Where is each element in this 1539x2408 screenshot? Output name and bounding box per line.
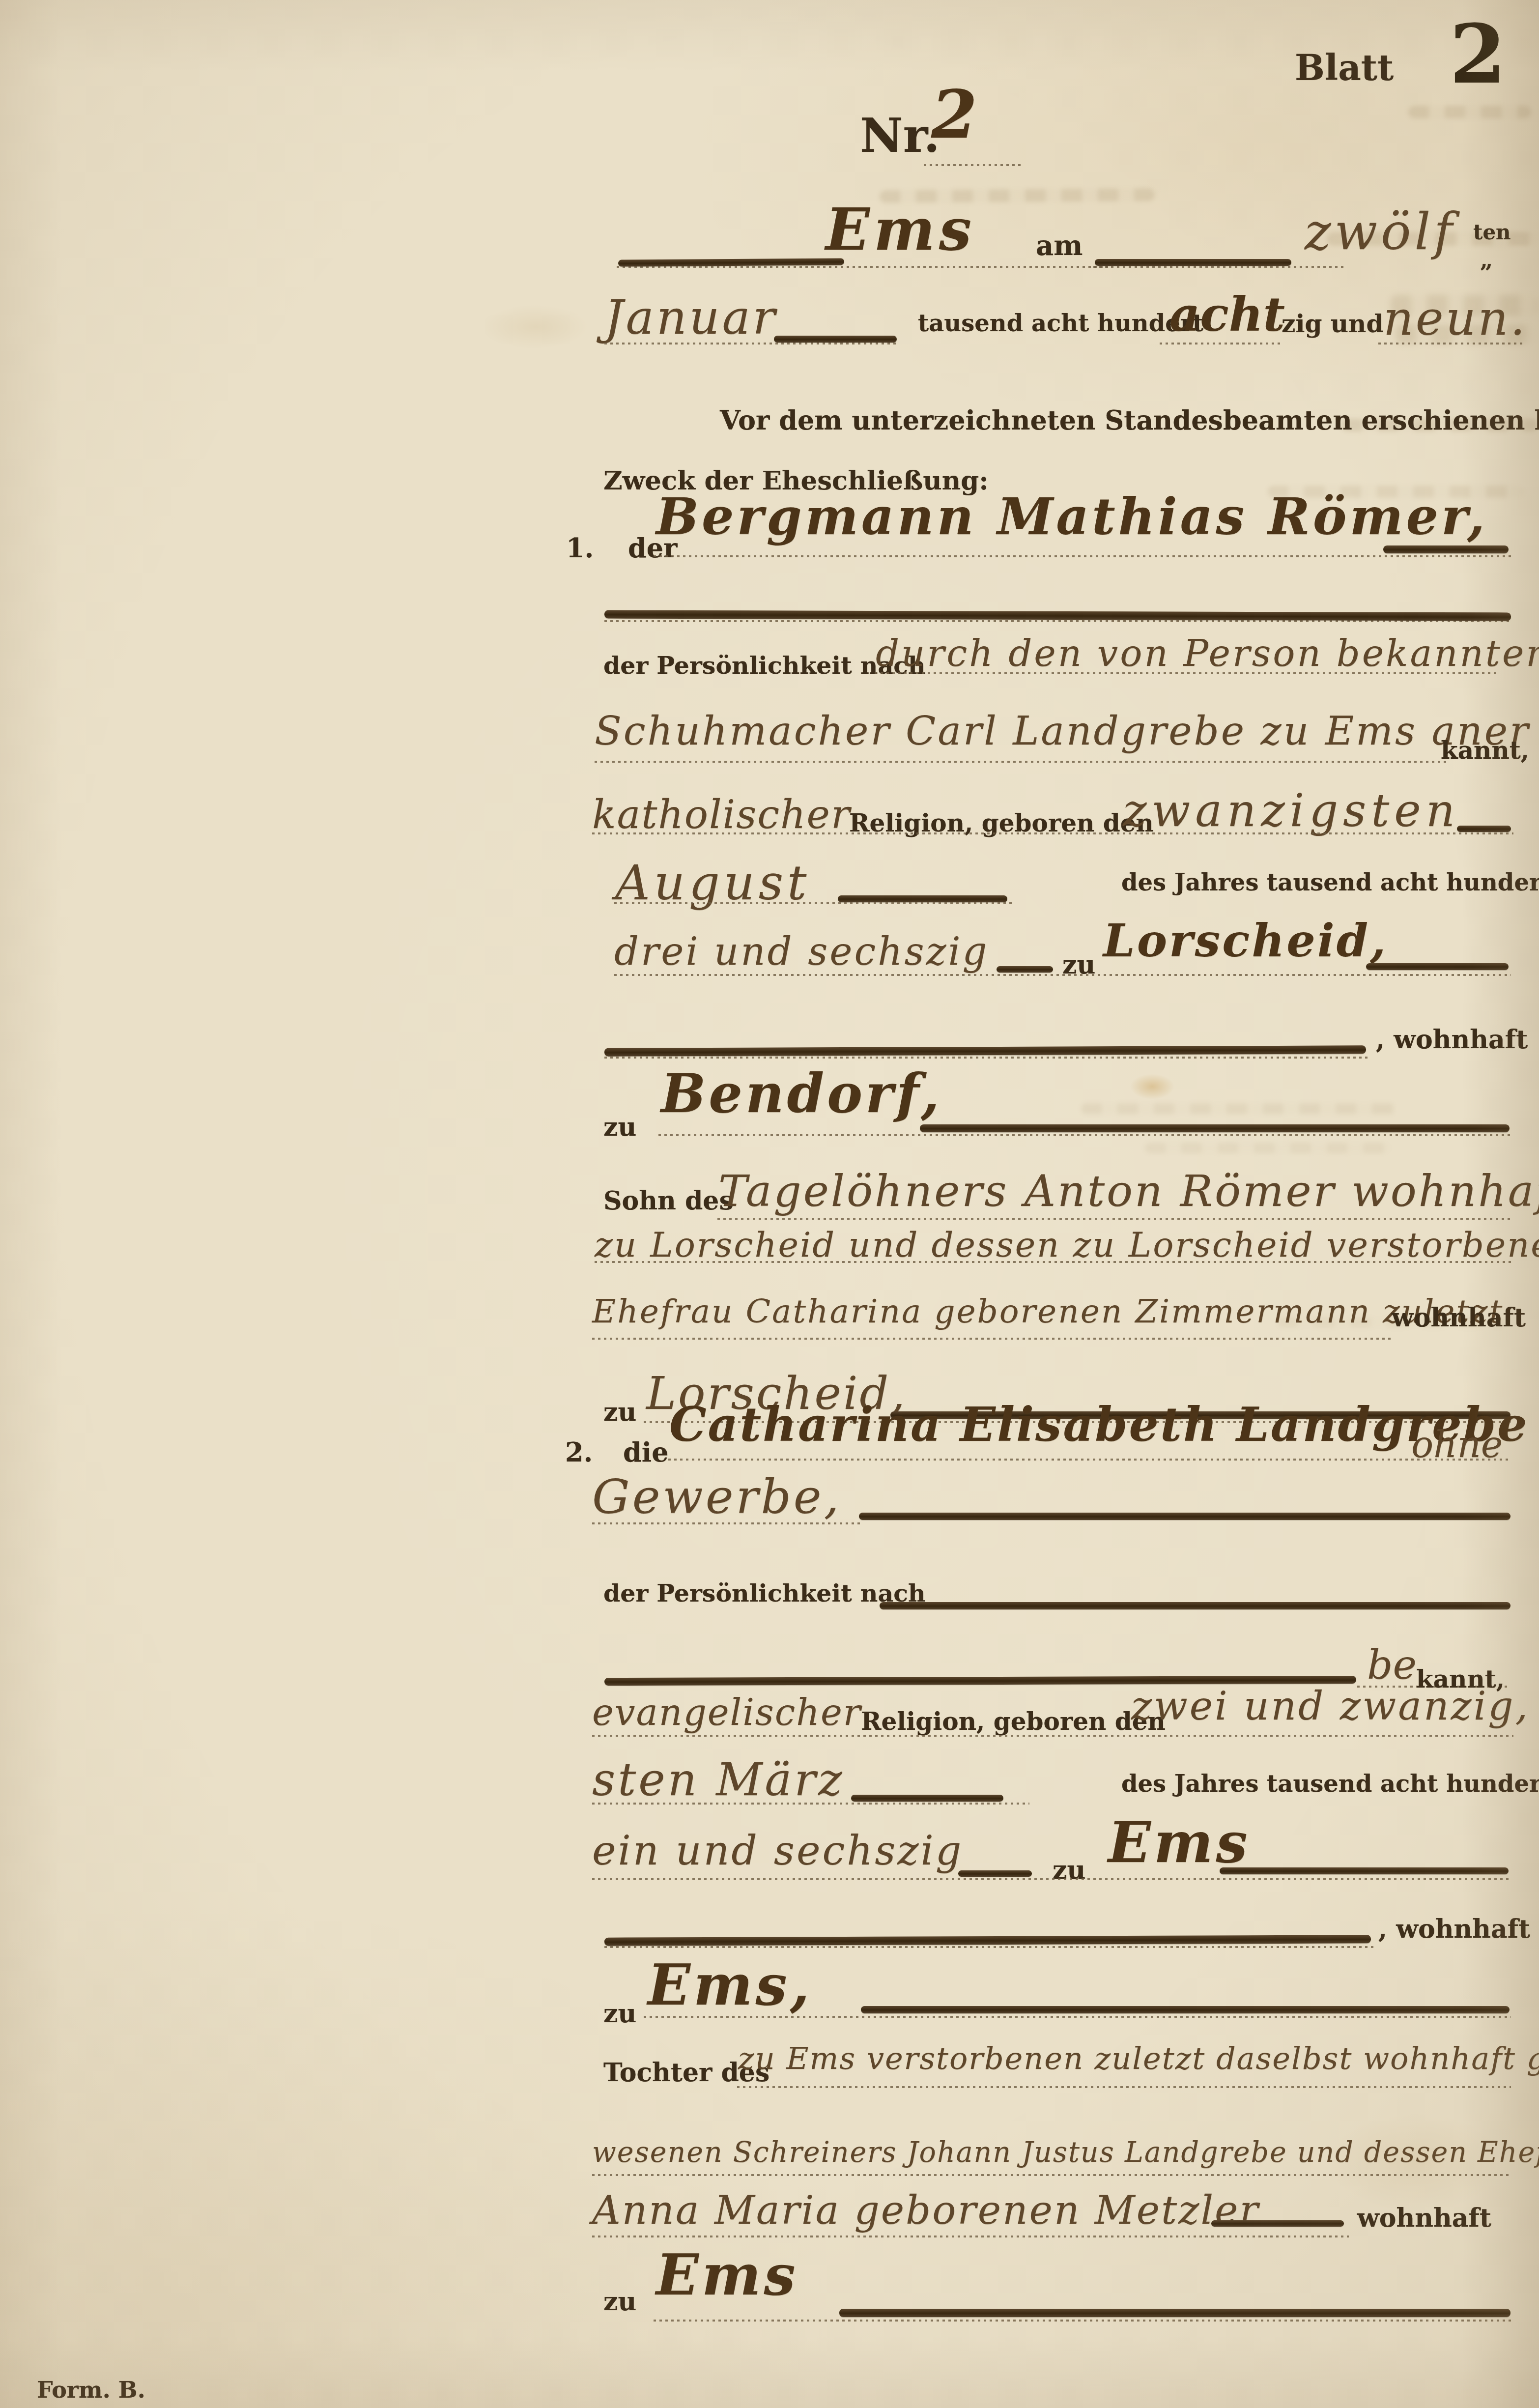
form-type-label: Form. B. xyxy=(37,2379,145,2401)
ink-stroke xyxy=(1366,963,1509,970)
bride-residence-entry: Ems, xyxy=(648,1957,812,2013)
record-number-value: 2 xyxy=(931,81,977,147)
intro-line-1: Vor dem unterzeichneten Standesbeamten e… xyxy=(720,407,1539,433)
dotted-rule xyxy=(592,1338,1393,1340)
dotted-rule xyxy=(668,1459,1510,1461)
groom-name-entry: Bergmann Mathias Römer, xyxy=(656,491,1488,542)
ink-stroke xyxy=(920,1124,1510,1132)
bride-index: 2. xyxy=(565,1439,593,1465)
bride-name-entry: Catharina Elisabeth Landgrebe xyxy=(669,1402,1529,1448)
year-label: des Jahres tausend acht hundert xyxy=(1121,1772,1539,1796)
dotted-rule xyxy=(654,2320,1511,2322)
dotted-rule xyxy=(658,1134,1511,1136)
groom-identity-entry-1: durch den von Person bekannten xyxy=(876,635,1539,672)
form-label-zig-und: zig und xyxy=(1282,312,1383,336)
dotted-rule xyxy=(617,266,1108,268)
wohnhaft-label: wohnhaft xyxy=(1392,1305,1526,1331)
dotted-rule xyxy=(595,1261,1511,1263)
religion-label: Religion, geboren den xyxy=(849,811,1154,835)
entry-place: Ems xyxy=(826,201,975,258)
bride-name-entry-3: Gewerbe, xyxy=(592,1473,841,1520)
sheet-number: 2 xyxy=(1450,14,1506,95)
ink-stroke xyxy=(851,1795,1003,1802)
dotted-rule xyxy=(595,761,1447,763)
form-label-am: am xyxy=(1036,232,1083,259)
bride-birth-day-entry-2: sten März xyxy=(592,1757,845,1803)
groom-birth-place-entry: Lorscheid, xyxy=(1103,918,1388,963)
groom-identity-entry-2: Schuhmacher Carl Landgrebe zu Ems aner xyxy=(595,712,1530,751)
form-label-zu: zu xyxy=(603,1115,636,1140)
groom-parents-entry-3: Ehefrau Catharina geborenen Zimmermann z… xyxy=(592,1295,1504,1328)
bride-birth-place-entry: Ems xyxy=(1108,1814,1251,1870)
ink-stroke xyxy=(861,2006,1510,2013)
groom-parents-entry-1: Tagelöhners Anton Römer wohnhaft xyxy=(718,1170,1539,1213)
groom-parents-entry-2: zu Lorscheid und dessen zu Lorscheid ver… xyxy=(595,1228,1539,1262)
bleed-through-ghost xyxy=(1408,106,1531,118)
dotted-rule xyxy=(875,672,1499,674)
bride-religion-entry: evangelischer xyxy=(592,1694,861,1731)
ink-stroke xyxy=(880,1602,1510,1609)
dotted-rule xyxy=(1160,343,1282,344)
bride-name-entry-2: ohne xyxy=(1411,1426,1503,1463)
paper-stain xyxy=(1130,1074,1174,1099)
dotted-rule xyxy=(604,1946,1373,1948)
ink-stroke xyxy=(1211,2220,1344,2227)
groom-birth-month-entry: August xyxy=(615,859,810,907)
dotted-rule xyxy=(737,2086,1511,2088)
bride-parents-entry-3: Anna Maria geborenen Metzler xyxy=(592,2191,1260,2230)
entry-month: Januar xyxy=(604,294,778,341)
ink-stroke xyxy=(1383,545,1509,553)
ink-stroke xyxy=(839,2309,1510,2317)
entry-day: zwölf xyxy=(1305,207,1456,258)
groom-religion-entry: katholischer xyxy=(592,795,851,834)
entry-year-tens: acht xyxy=(1169,291,1285,338)
bride-identity-entry: be xyxy=(1367,1645,1417,1686)
bride-last-place-entry: Ems xyxy=(656,2247,798,2303)
dotted-rule xyxy=(592,832,1513,834)
dotted-rule xyxy=(924,164,1022,166)
dotted-rule xyxy=(654,555,1511,557)
ink-stroke xyxy=(1095,259,1291,266)
dotted-rule xyxy=(592,1878,1511,1880)
groom-birth-year-entry: drei und sechszig xyxy=(614,933,989,971)
ink-stroke xyxy=(774,336,897,343)
form-label-zu: zu xyxy=(603,2289,636,2315)
dotted-rule xyxy=(592,2174,1511,2176)
dotted-rule xyxy=(717,1218,1511,1220)
form-label-kannt: kannt, xyxy=(1441,738,1529,763)
bleed-through-ghost xyxy=(1081,1103,1396,1114)
dotted-rule xyxy=(592,2236,1349,2237)
dotted-rule xyxy=(592,1522,860,1524)
wohnhaft-label: , wohnhaft xyxy=(1376,1027,1528,1053)
groom-parents-label: Sohn des xyxy=(603,1188,734,1214)
ink-stroke xyxy=(997,966,1053,973)
groom-birth-day-entry: zwanzigsten xyxy=(1123,788,1460,833)
bride-parents-entry-2: wesenen Schreiners Johann Justus Landgre… xyxy=(592,2139,1539,2167)
form-label-zu: zu xyxy=(603,2001,636,2027)
bride-article: die xyxy=(623,1439,669,1465)
form-label-ten: ten xyxy=(1473,222,1511,243)
ink-stroke xyxy=(604,1045,1366,1056)
record-number-label: Nr. xyxy=(860,112,940,159)
ink-stroke xyxy=(1457,826,1511,832)
form-label-tausend: tausend acht hundert xyxy=(918,312,1203,335)
wohnhaft-label: , wohnhaft xyxy=(1378,1917,1530,1942)
registry-form-page: Blatt 2 Nr. 2 Ems am zwölf ten „ Januar … xyxy=(0,0,1539,2408)
ink-stroke xyxy=(859,1513,1510,1520)
dotted-rule xyxy=(644,2016,1511,2018)
dotted-rule xyxy=(592,1803,1029,1805)
year-label: des Jahres tausend acht hundert xyxy=(1121,871,1539,894)
sheet-label: Blatt xyxy=(1295,50,1394,86)
ditto-mark: „ xyxy=(1480,248,1493,271)
bride-parents-entry-1: zu Ems verstorbenen zuletzt daselbst woh… xyxy=(738,2043,1539,2074)
bleed-through-ghost xyxy=(1145,1143,1391,1153)
ink-stroke xyxy=(1220,1867,1509,1874)
religion-label: Religion, geboren den xyxy=(861,1709,1166,1734)
form-label-zu: zu xyxy=(603,1400,636,1425)
bride-birth-day-entry-1: zwei und zwanzig, xyxy=(1131,1687,1530,1726)
groom-index: 1. xyxy=(566,535,594,561)
groom-residence-entry: Bendorf, xyxy=(661,1067,942,1120)
dotted-rule xyxy=(592,1735,1513,1737)
entry-year-ones: neun. xyxy=(1383,295,1527,342)
dotted-rule xyxy=(1093,266,1344,268)
dotted-rule xyxy=(604,343,899,344)
ink-stroke xyxy=(958,1870,1032,1877)
dotted-rule xyxy=(604,1057,1368,1059)
dotted-rule xyxy=(614,902,1012,904)
dotted-rule xyxy=(614,974,1511,976)
identity-label: der Persönlichkeit nach xyxy=(603,1581,926,1605)
ink-stroke xyxy=(604,610,1511,621)
ink-stroke xyxy=(604,1935,1371,1946)
ink-stroke xyxy=(838,895,1007,902)
bride-birth-year-entry: ein und sechszig xyxy=(592,1831,963,1871)
wohnhaft-label: wohnhaft xyxy=(1357,2206,1491,2231)
paper-stain xyxy=(482,305,590,349)
